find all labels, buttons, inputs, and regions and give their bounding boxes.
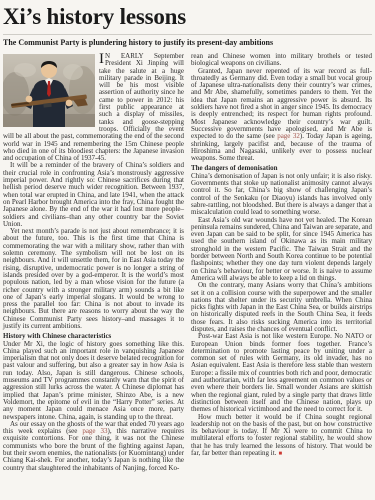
end-of-article-mark: ■ [278,451,282,457]
left-column: IN EARLY September President Xi Jinping … [3,53,184,472]
xi-parade-photo-illustration [3,54,95,127]
paragraph-3: Yet next month’s parade is not just abou… [3,228,184,330]
paragraph-10: Post-war East Asia is not like western E… [191,333,372,413]
page-title: Xi’s history lessons [3,4,372,30]
paragraph-5: As our essay on the ghosts of the war th… [3,421,184,472]
paragraph-7: China’s demonisation of Japan is not onl… [191,173,372,217]
paragraph-6-text: Granted, Japan never repented of its war… [191,67,372,141]
headline-divider [3,34,372,35]
drop-cap: I [99,53,104,66]
article-body: IN EARLY September President Xi Jinping … [3,53,372,472]
right-column: rean and Chinese women into military bro… [191,53,372,472]
paragraph-9: On the contrary, many Asians worry that … [191,282,372,333]
paragraph-6: Granted, Japan never repented of its war… [191,68,372,163]
paragraph-11: How much better it would be if China sou… [191,414,372,459]
paragraph-2: It will be a reminder of the bravery of … [3,162,184,228]
paragraph-8: East Asia’s old war wounds have not yet … [191,217,372,283]
article-page: Xi’s history lessons The Communist Party… [0,0,375,472]
paragraph-5-text-cont: ), this narrative requires exquisite con… [3,427,184,471]
paragraph-5-continued: rean and Chinese women into military bro… [191,53,372,68]
standfirst: The Communist Party is plundering histor… [3,38,372,48]
paragraph-4: Under Mr Xi, the logic of history goes s… [3,341,184,421]
article-photo [3,54,95,127]
